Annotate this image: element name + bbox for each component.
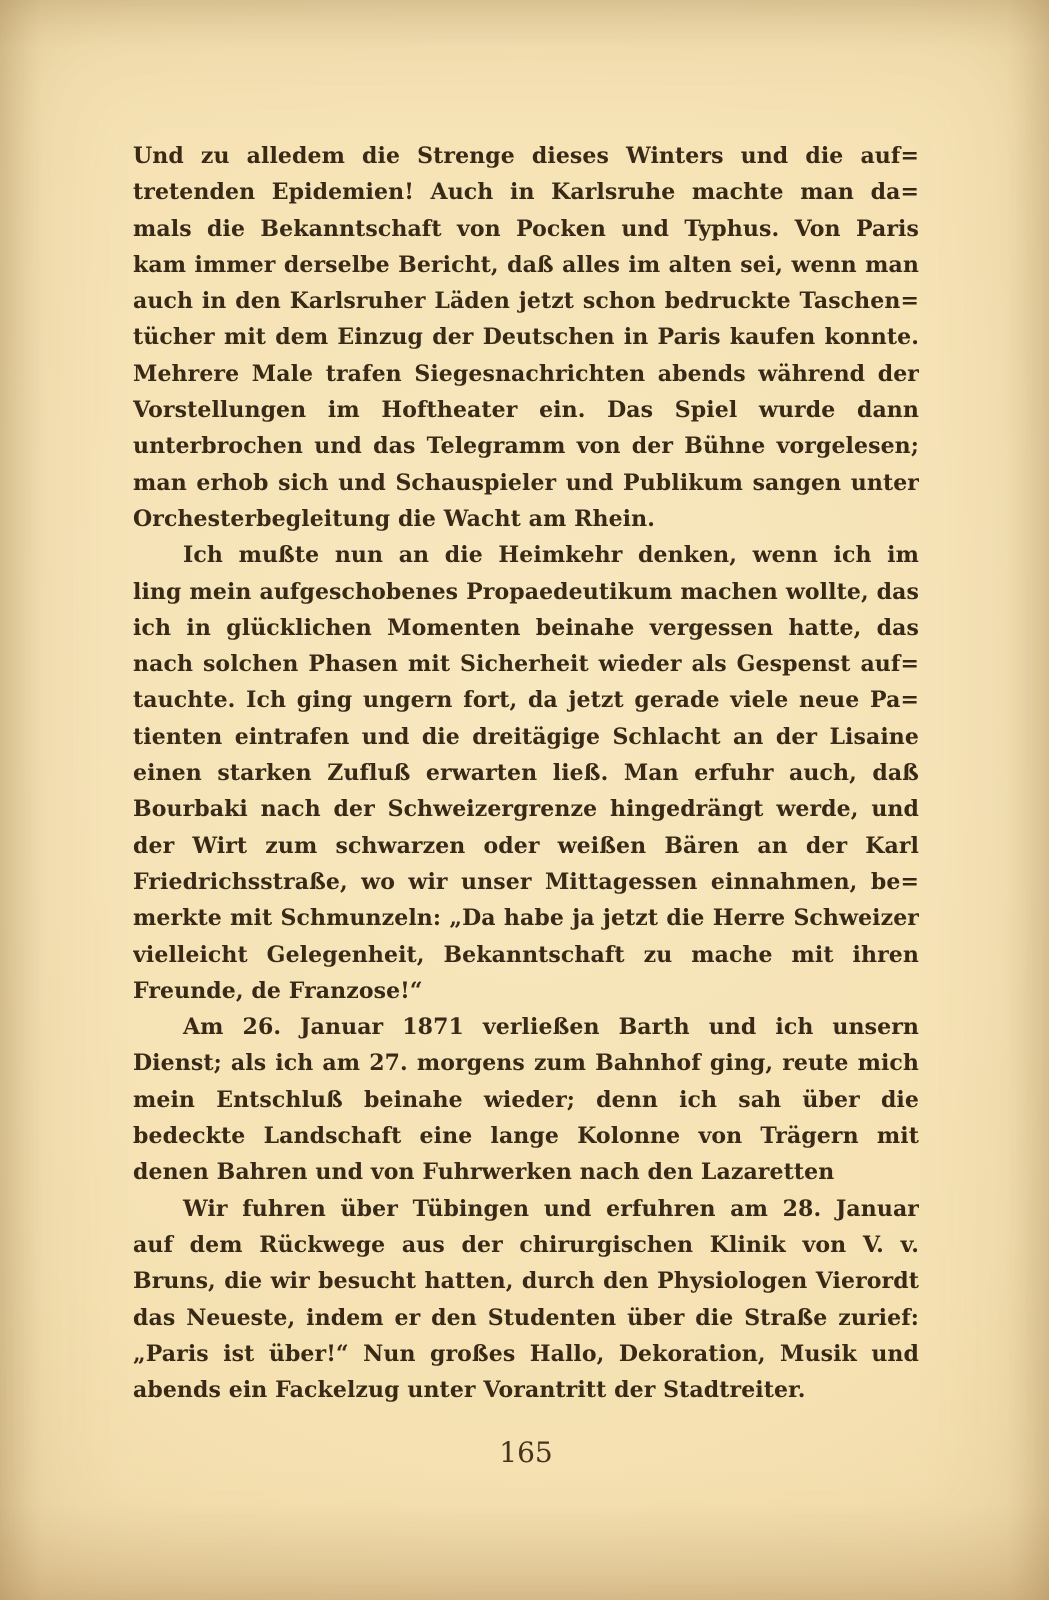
text-line: tauchte. Ich ging ungern fort, da jetzt … — [133, 682, 919, 718]
text-line: ich in glücklichen Momenten beinahe verg… — [133, 610, 919, 646]
text-line: denen Bahren und von Fuhrwerken nach den… — [133, 1154, 919, 1190]
text-line: nach solchen Phasen mit Sicherheit wiede… — [133, 646, 919, 682]
text-line: ling mein aufgeschobenes Propaedeutikum … — [133, 574, 919, 610]
text-line: tienten eintrafen und die dreitägige Sch… — [133, 719, 919, 755]
text-line: Orchesterbegleitung die Wacht am Rhein. — [133, 501, 919, 537]
text-line: tücher mit dem Einzug der Deutschen in P… — [133, 319, 919, 355]
text-line: auch in den Karlsruher Läden jetzt schon… — [133, 283, 919, 319]
text-line: bedeckte Landschaft eine lange Kolonne v… — [133, 1118, 919, 1154]
text-line: tretenden Epidemien! Auch in Karlsruhe m… — [133, 174, 919, 210]
text-line: Am 26. Januar 1871 verließen Barth und i… — [133, 1009, 919, 1045]
text-line: merkte mit Schmunzeln: „Da habe ja jetzt… — [133, 900, 919, 936]
text-line: kam immer derselbe Bericht, daß alles im… — [133, 247, 919, 283]
text-line: vielleicht Gelegenheit, Bekanntschaft zu… — [133, 937, 919, 973]
text-line: abends ein Fackelzug unter Vorantritt de… — [133, 1372, 919, 1408]
text-line: der Wirt zum schwarzen oder weißen Bären… — [133, 828, 919, 864]
text-line: unterbrochen und das Telegramm von der B… — [133, 428, 919, 464]
book-page: Und zu alledem die Strenge dieses Winter… — [0, 0, 1049, 1600]
text-line: Und zu alledem die Strenge dieses Winter… — [133, 138, 919, 174]
text-line: mein Entschluß beinahe wieder; denn ich … — [133, 1082, 919, 1118]
text-line: „Paris ist über!“ Nun großes Hallo, Deko… — [133, 1336, 919, 1372]
text-line: auf dem Rückwege aus der chirurgischen K… — [133, 1227, 919, 1263]
text-line: Vorstellungen im Hoftheater ein. Das Spi… — [133, 392, 919, 428]
text-line: Bruns, die wir besucht hatten, durch den… — [133, 1263, 919, 1299]
text-line: mals die Bekanntschaft von Pocken und Ty… — [133, 211, 919, 247]
text-line: Friedrichsstraße, wo wir unser Mittagess… — [133, 864, 919, 900]
page-number: 165 — [133, 1436, 919, 1469]
page-text: Und zu alledem die Strenge dieses Winter… — [133, 138, 919, 1408]
text-line: Dienst; als ich am 27. morgens zum Bahnh… — [133, 1045, 919, 1081]
text-line: Bourbaki nach der Schweizergrenze hinged… — [133, 791, 919, 827]
text-line: das Neueste, indem er den Studenten über… — [133, 1300, 919, 1336]
text-line: man erhob sich und Schauspieler und Publ… — [133, 465, 919, 501]
text-line: Ich mußte nun an die Heimkehr denken, we… — [133, 537, 919, 573]
text-line: Freunde, de Franzose!“ — [133, 973, 919, 1009]
text-line: Mehrere Male trafen Siegesnachrichten ab… — [133, 356, 919, 392]
text-line: einen starken Zufluß erwarten ließ. Man … — [133, 755, 919, 791]
text-line: Wir fuhren über Tübingen und erfuhren am… — [133, 1191, 919, 1227]
